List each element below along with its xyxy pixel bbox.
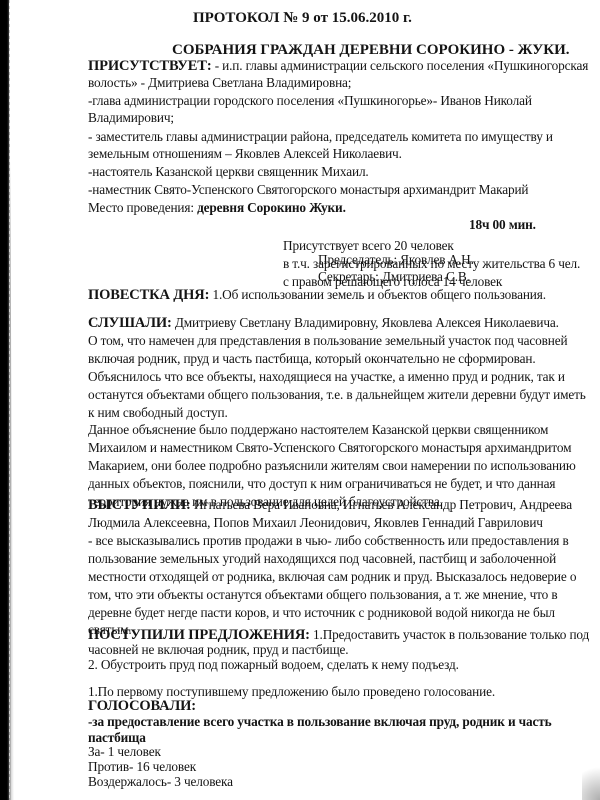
proposals-line-1: часовней не включая родник, пруд и пастб… bbox=[88, 642, 348, 658]
spoke-line-6: деревне будет негде пасти коров, и что и… bbox=[88, 605, 555, 621]
spoke-label: ВЫСТУПИЛИ: bbox=[88, 497, 191, 513]
secretary: Секретарь: Дмитриева С.В. bbox=[318, 269, 470, 285]
heard-line-6: Данное объяснение было поддержано настоя… bbox=[88, 422, 548, 438]
spoke-line-4: местности отходящей от родника, включая … bbox=[88, 569, 576, 585]
present-line-1: волость» - Дмитриева Светлана Владимиров… bbox=[88, 75, 351, 91]
proposals-line-0: ПОСТУПИЛИ ПРЕДЛОЖЕНИЯ: 1.Предоставить уч… bbox=[88, 627, 589, 643]
spoke-line-0: ВЫСТУПИЛИ: Игнатьева Вера Ивановна, Игна… bbox=[88, 497, 572, 513]
venue-label: Место проведения: bbox=[88, 200, 197, 215]
spoke-line-5: том, что эти объекты останутся объектами… bbox=[88, 587, 557, 603]
present-line-7: -наместник Свято-Успенского Святогорског… bbox=[88, 182, 528, 198]
present-line-4: - заместитель главы администрации района… bbox=[88, 129, 553, 145]
voting-motion-line-1: -за предоставление всего участка в польз… bbox=[88, 714, 552, 730]
scan-edge-shadow bbox=[0, 0, 14, 800]
present-line-3: Владимирович; bbox=[88, 110, 174, 126]
heard-line-2: включая родник, пруд и часть пастбища, к… bbox=[88, 351, 536, 367]
heard-line-8: Макарием, они более подробно разъяснили … bbox=[88, 458, 576, 474]
heard-line-3: Объяснилось что все объекты, находящиеся… bbox=[88, 369, 565, 385]
venue-line: Место проведения: деревня Сорокино Жуки. bbox=[88, 200, 346, 216]
spoke-line-3: пользование земельных угодий находящихся… bbox=[88, 551, 556, 567]
agenda: ПОВЕСТКА ДНЯ: 1.Об использовании земель … bbox=[88, 287, 546, 303]
heard-line-0: СЛУШАЛИ: Дмитриеву Светлану Владимировну… bbox=[88, 315, 559, 331]
document-subtitle: СОБРАНИЯ ГРАЖДАН ДЕРЕВНИ СОРОКИНО - ЖУКИ… bbox=[172, 41, 570, 59]
document-title: ПРОТОКОЛ № 9 от 15.06.2010 г. bbox=[193, 9, 412, 27]
present-line-2: -глава администрации городского поселени… bbox=[88, 93, 532, 109]
present-label: ПРИСУТСТВУЕТ: bbox=[88, 58, 212, 74]
scan-edge-line bbox=[9, 0, 10, 800]
votes-abstained: Воздержалось- 3 человека bbox=[88, 774, 233, 790]
heard-label: СЛУШАЛИ: bbox=[88, 315, 172, 331]
heard-line-5: к ним свободный доступ. bbox=[88, 405, 228, 421]
present-line-0: ПРИСУТСТВУЕТ: - и.п. главы администрации… bbox=[88, 58, 588, 74]
heard-line-1: О том, что намечен для представления в п… bbox=[88, 333, 567, 349]
votes-against: Против- 16 человек bbox=[88, 759, 196, 775]
heard-line-4: останутся объектами общего пользования, … bbox=[88, 387, 586, 403]
spoke-line-1: Людмила Алексеевна, Попов Михаил Леонидо… bbox=[88, 515, 543, 531]
meeting-time: 18ч 00 мин. bbox=[469, 217, 536, 233]
venue-value: деревня Сорокино Жуки. bbox=[197, 200, 346, 215]
proposals-label: ПОСТУПИЛИ ПРЕДЛОЖЕНИЯ: bbox=[88, 627, 310, 643]
proposals-line-2: 2. Обустроить пруд под пожарный водоем, … bbox=[88, 657, 459, 673]
present-line-5: земельным отношениям – Яковлев Алексей Н… bbox=[88, 146, 402, 162]
voting-label: ГОЛОСОВАЛИ: bbox=[88, 698, 196, 714]
heard-line-9: данных объектов, пояснили, что доступ к … bbox=[88, 476, 555, 492]
votes-for: За- 1 человек bbox=[88, 744, 161, 760]
spoke-line-2: - все высказывались против продажи в чью… bbox=[88, 533, 569, 549]
chairman: Председатель: Яковлев А.Н. bbox=[318, 252, 474, 268]
present-line-6: -настоятель Казанской церкви священник М… bbox=[88, 164, 369, 180]
heard-line-7: Михаилом и наместником Свято-Успенского … bbox=[88, 440, 571, 456]
scan-noise bbox=[582, 760, 600, 800]
agenda-label: ПОВЕСТКА ДНЯ: bbox=[88, 287, 209, 303]
